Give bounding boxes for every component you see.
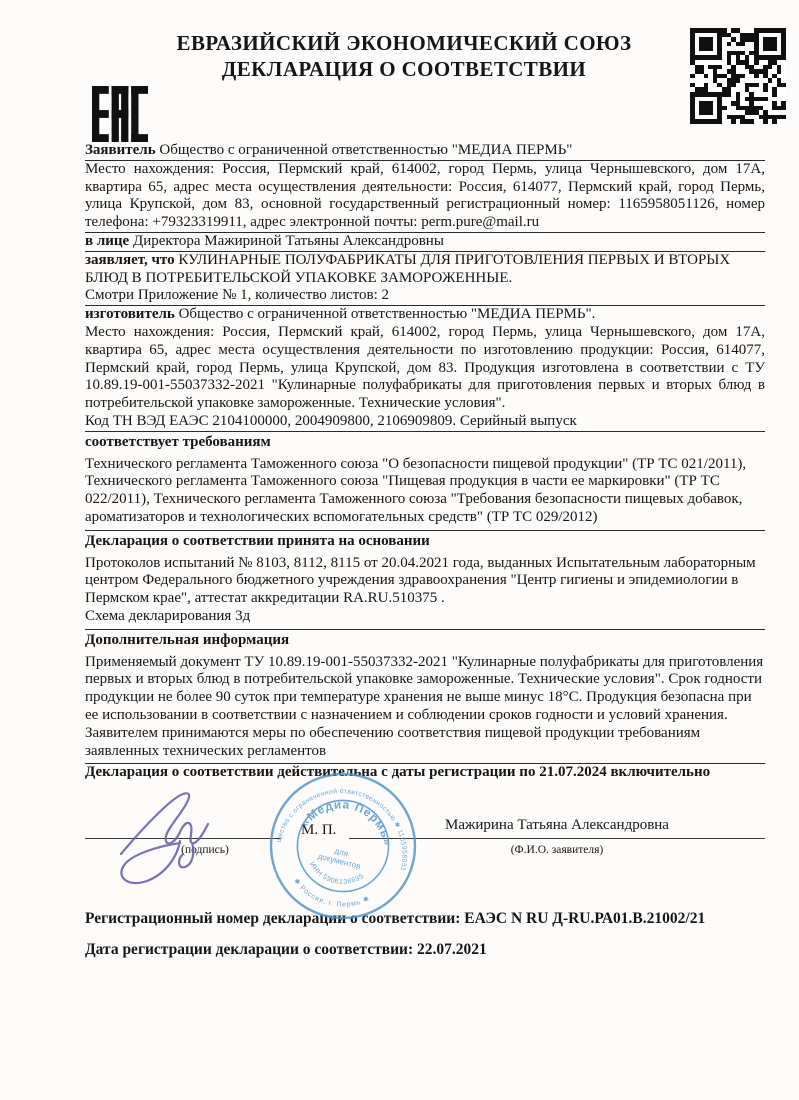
additional-text: Применяемый документ ТУ 10.89.19-001-550…: [85, 654, 765, 761]
declarant-label: Заявитель: [85, 142, 156, 158]
stamp-inn: ИНН 5906136695: [305, 859, 367, 892]
document-body: Заявитель Общество с ограниченной ответс…: [85, 142, 765, 959]
additional-heading: Дополнительная информация: [85, 632, 289, 648]
manufacturer-section: изготовитель Общество с ограниченной отв…: [85, 306, 765, 432]
eac-mark-icon: [92, 84, 148, 144]
in-person-line: в лице Директора Мажириной Татьяны Алекс…: [85, 233, 765, 252]
compliance-section: соответствует требованиям Технического р…: [85, 432, 765, 531]
registration-number-label: Регистрационный номер декларации о соотв…: [85, 910, 460, 927]
declares-line: заявляет, что КУЛИНАРНЫЕ ПОЛУФАБРИКАТЫ Д…: [85, 252, 730, 286]
additional-info-section: Дополнительная информация Применяемый до…: [85, 630, 765, 765]
applicant-fio: Мажирина Татьяна Александровна: [349, 817, 765, 835]
product-name: КУЛИНАРНЫЕ ПОЛУФАБРИКАТЫ ДЛЯ ПРИГОТОВЛЕН…: [85, 252, 730, 286]
registration-number-line: Регистрационный номер декларации о соотв…: [85, 910, 765, 928]
in-person-text: Директора Мажириной Татьяны Александровн…: [133, 233, 444, 249]
declaration-document: ЕВРАЗИЙСКИЙ ЭКОНОМИЧЕСКИЙ СОЮЗ ДЕКЛАРАЦИ…: [0, 0, 799, 1100]
tn-ved-code: Код ТН ВЭД ЕАЭС 2104100000, 2004909800, …: [85, 413, 577, 429]
title-line-union: ЕВРАЗИЙСКИЙ ЭКОНОМИЧЕСКИЙ СОЮЗ: [108, 30, 700, 56]
registration-date-value: 22.07.2021: [417, 941, 487, 958]
compliance-text: Технического регламента Таможенного союз…: [85, 456, 765, 527]
registration-number-value: ЕАЭС N RU Д-RU.РА01.В.21002/21: [464, 910, 705, 927]
signature-area: (подпись) М. П. Мажирина Татьяна Алексан…: [85, 786, 765, 900]
svg-text:ИНН 5906136695: ИНН 5906136695: [305, 859, 367, 892]
declarant-name: Общество с ограниченной ответственностью…: [159, 142, 572, 158]
registration-date-line: Дата регистрации декларации о соответств…: [85, 941, 765, 959]
in-person-label: в лице: [85, 233, 129, 249]
annex-note: Смотри Приложение № 1, количество листов…: [85, 287, 389, 303]
mp-label: М. П.: [301, 822, 336, 840]
registration-date-label: Дата регистрации декларации о соответств…: [85, 941, 413, 958]
document-title: ЕВРАЗИЙСКИЙ ЭКОНОМИЧЕСКИЙ СОЮЗ ДЕКЛАРАЦИ…: [108, 30, 700, 82]
basis-text: Протоколов испытаний № 8103, 8112, 8115 …: [85, 555, 765, 608]
manufacturer-label: изготовитель: [85, 306, 175, 322]
validity-line: Декларация о соответствии действительна …: [85, 764, 765, 782]
handwritten-signature: [109, 788, 227, 892]
declarant-line: Заявитель Общество с ограниченной ответс…: [85, 142, 765, 161]
stamp-center-1: для: [334, 846, 350, 858]
title-line-declaration: ДЕКЛАРАЦИЯ О СООТВЕТСТВИИ: [108, 56, 700, 82]
basis-heading: Декларация о соответствии принята на осн…: [85, 533, 430, 549]
declares-section: заявляет, что КУЛИНАРНЫЕ ПОЛУФАБРИКАТЫ Д…: [85, 252, 765, 306]
declaration-scheme: Схема декларирования 3д: [85, 608, 765, 626]
compliance-heading: соответствует требованиям: [85, 434, 271, 450]
basis-section: Декларация о соответствии принята на осн…: [85, 531, 765, 630]
qr-code-grid: [690, 28, 786, 124]
declares-label: заявляет, что: [85, 252, 175, 268]
fio-line: [349, 838, 765, 839]
fio-caption: (Ф.И.О. заявителя): [349, 842, 765, 860]
manufacturer-name: Общество с ограниченной ответственностью…: [179, 306, 596, 322]
declarant-address: Место нахождения: Россия, Пермский край,…: [85, 161, 765, 233]
